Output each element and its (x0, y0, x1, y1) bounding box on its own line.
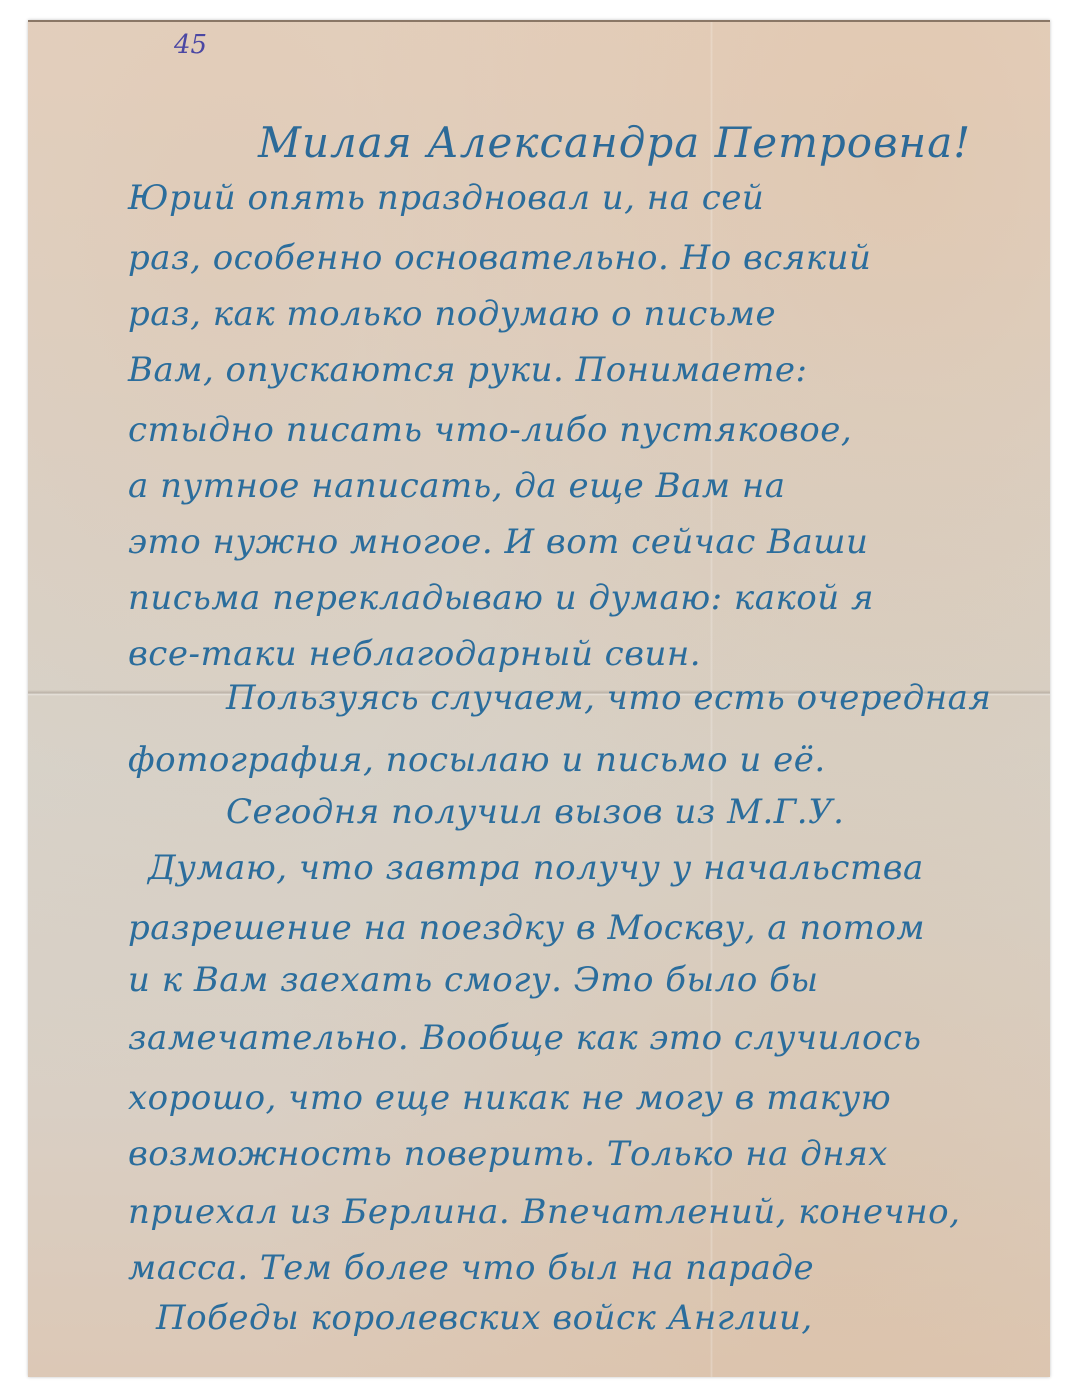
letter-line: все-таки неблагодарный свин. (128, 634, 701, 674)
letter-line: разрешение на поездку в Москву, а потом (128, 908, 925, 948)
letter-line: и к Вам заехать смогу. Это было бы (128, 960, 819, 1000)
letter-line: стыдно писать что-либо пустяковое, (128, 410, 852, 450)
letter-line: это нужно многое. И вот сейчас Ваши (128, 522, 868, 562)
letter-line: письма перекладываю и думаю: какой я (128, 578, 874, 618)
letter-line: фотография, посылаю и письмо и её. (128, 740, 826, 780)
letter-line: возможность поверить. Только на днях (128, 1134, 888, 1174)
letter-line: Вам, опускаются руки. Понимаете: (128, 350, 807, 390)
letter-line: хорошо, что еще никак не могу в такую (128, 1078, 891, 1118)
salutation: Милая Александра Петровна! (258, 118, 971, 167)
letter-page: 45 Милая Александра Петровна! Юрий опять… (28, 20, 1050, 1377)
letter-line: приехал из Берлина. Впечатлений, конечно… (128, 1192, 960, 1232)
letter-line: Юрий опять праздновал и, на сей (128, 178, 764, 218)
letter-line: Думаю, что завтра получу у начальства (148, 848, 924, 888)
page-number: 45 (174, 30, 207, 60)
letter-line: замечательно. Вообще как это случилось (128, 1018, 922, 1058)
letter-line: раз, особенно основательно. Но всякий (128, 238, 871, 278)
letter-line: Пользуясь случаем, что есть очередная (226, 678, 991, 718)
letter-line: раз, как только подумаю о письме (128, 294, 776, 334)
letter-line: Сегодня получил вызов из М.Г.У. (226, 792, 844, 832)
letter-line: Победы королевских войск Англии, (156, 1298, 813, 1338)
letter-line: а путное написать, да еще Вам на (128, 466, 786, 506)
letter-line: масса. Тем более что был на параде (128, 1248, 814, 1288)
